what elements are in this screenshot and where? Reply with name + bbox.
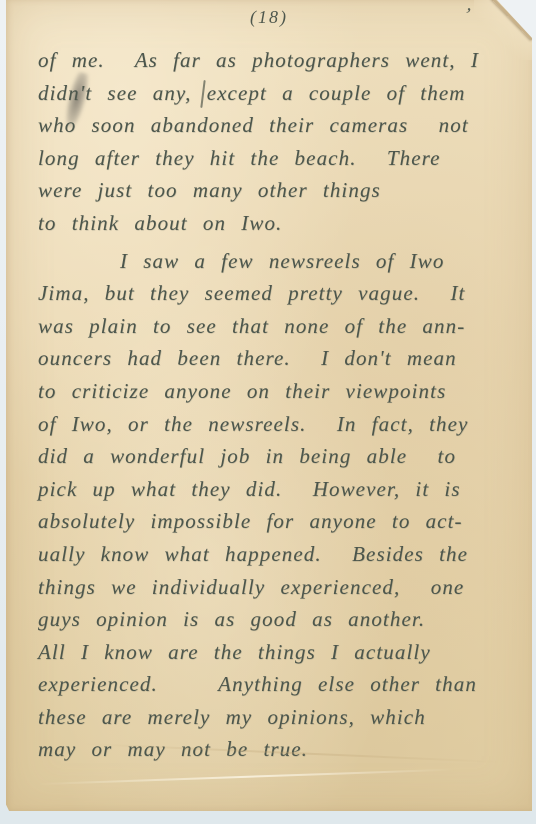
handwritten-line: may or may not be true. bbox=[38, 733, 518, 766]
handwritten-line: long after they hit the beach. There bbox=[38, 142, 518, 175]
handwritten-line: didn't see any, except a couple of them bbox=[38, 77, 518, 110]
handwritten-line: ouncers had been there. I don't mean bbox=[38, 342, 518, 375]
handwritten-line: to think about on Iwo. bbox=[38, 207, 518, 240]
handwritten-line: who soon abandoned their cameras not bbox=[38, 109, 518, 142]
page-number: (18) bbox=[6, 7, 532, 28]
letter-body: of me. As far as photographers went, I d… bbox=[38, 44, 518, 766]
scanner-background: (18) ’ of me. As far as photographers we… bbox=[0, 0, 536, 824]
handwritten-line: things we individually experienced, one bbox=[38, 571, 518, 604]
handwritten-line: of me. As far as photographers went, I bbox=[38, 44, 518, 77]
handwritten-line: was plain to see that none of the ann- bbox=[38, 310, 518, 343]
handwritten-line-paragraph-start: I saw a few newsreels of Iwo bbox=[120, 245, 518, 278]
handwritten-line: pick up what they did. However, it is bbox=[38, 473, 518, 506]
letter-paper: (18) ’ of me. As far as photographers we… bbox=[6, 0, 532, 811]
paper-crease bbox=[38, 767, 501, 785]
handwritten-line: ually know what happened. Besides the bbox=[38, 538, 518, 571]
handwritten-line: Jima, but they seemed pretty vague. It bbox=[38, 277, 518, 310]
handwritten-line: these are merely my opinions, which bbox=[38, 701, 518, 734]
handwritten-line: guys opinion is as good as another. bbox=[38, 603, 518, 636]
handwritten-line: to criticize anyone on their viewpoints bbox=[38, 375, 518, 408]
handwritten-line: were just too many other things bbox=[38, 174, 518, 207]
handwritten-line: did a wonderful job in being able to bbox=[38, 440, 518, 473]
handwritten-line: experienced. Anything else other than bbox=[38, 668, 518, 701]
handwritten-line: absolutely impossible for anyone to act- bbox=[38, 505, 518, 538]
handwritten-line: All I know are the things I actually bbox=[38, 636, 518, 669]
handwritten-line: of Iwo, or the newsreels. In fact, they bbox=[38, 408, 518, 441]
